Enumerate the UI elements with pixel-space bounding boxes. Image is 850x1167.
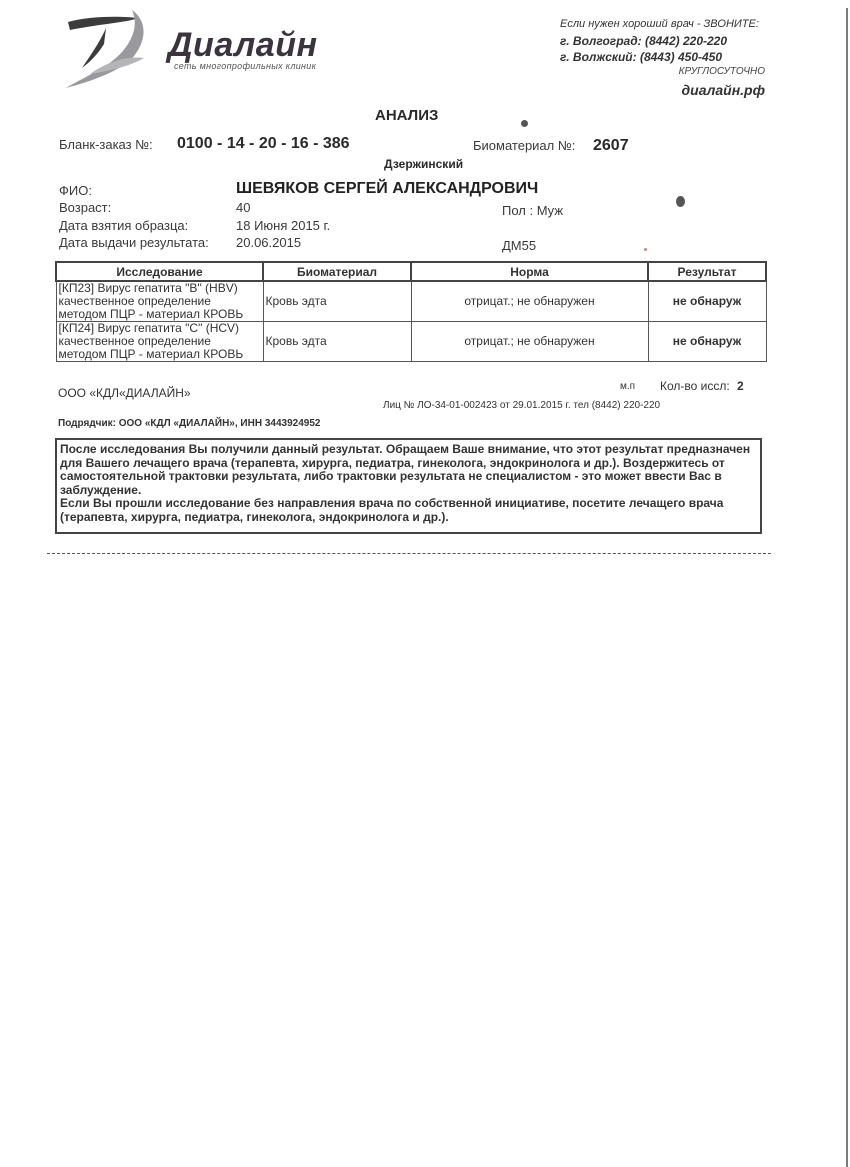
hours-label: КРУГЛОСУТОЧНО: [560, 66, 765, 82]
age-label: Возраст:: [59, 200, 111, 215]
contact-intro: Если нужен хороший врач - ЗВОНИТЕ:: [560, 18, 765, 34]
table-header-row: Исследование Биоматериал Норма Результат: [56, 262, 766, 281]
column-header-norm: Норма: [411, 262, 648, 281]
test-biomaterial: Кровь эдта: [263, 322, 411, 362]
table-row: [КП23] Вирус гепатита "В" (HBV) качестве…: [56, 281, 766, 322]
stamp-mark: м.п: [620, 381, 635, 392]
branch-name: Дзержинский: [384, 157, 463, 171]
sample-date-label: Дата взятия образца:: [59, 218, 188, 233]
test-biomaterial: Кровь эдта: [263, 281, 411, 322]
notice-paragraph-2: Если Вы прошли исследование без направле…: [60, 497, 757, 524]
sample-date-value: 18 Июня 2015 г.: [236, 218, 330, 233]
scan-speck: [676, 196, 685, 207]
order-number: 0100 - 14 - 20 - 16 - 386: [177, 135, 350, 153]
sex-value: Пол : Муж: [502, 203, 563, 218]
column-header-test: Исследование: [56, 262, 263, 281]
patient-code: ДМ55: [502, 238, 536, 253]
dialine-logo-icon: [60, 8, 150, 88]
company-name: ООО «КДЛ«ДИАЛАЙН»: [58, 386, 191, 400]
logo-wordmark: Диалайн: [168, 26, 318, 65]
website-label: диалайн.рф: [560, 82, 765, 98]
test-norm: отрицат.; не обнаружен: [411, 322, 648, 362]
test-result: не обнаруж: [648, 322, 766, 362]
table-row: [КП24] Вирус гепатита "С" (HCV) качестве…: [56, 322, 766, 362]
license-info: Лиц № ЛО-34-01-002423 от 29.01.2015 г. т…: [383, 400, 660, 411]
results-table: Исследование Биоматериал Норма Результат…: [55, 261, 767, 362]
order-label: Бланк-заказ №:: [59, 137, 153, 152]
test-result: не обнаруж: [648, 281, 766, 322]
scan-page-edge: [846, 8, 848, 1167]
contact-block: Если нужен хороший врач - ЗВОНИТЕ: г. Во…: [560, 18, 765, 98]
test-norm: отрицат.; не обнаружен: [411, 281, 648, 322]
patient-name: ШЕВЯКОВ СЕРГЕЙ АЛЕКСАНДРОВИЧ: [236, 180, 538, 198]
phone-volzhsky: г. Волжский: (8443) 450-450: [560, 50, 765, 66]
result-date-label: Дата выдачи результата:: [59, 235, 209, 250]
scan-speck: [521, 120, 528, 127]
notice-paragraph-1: После исследования Вы получили данный ре…: [60, 443, 757, 497]
phone-volgograd: г. Волгоград: (8442) 220-220: [560, 34, 765, 50]
biomaterial-number: 2607: [593, 137, 629, 155]
cut-line-divider: [47, 553, 771, 554]
test-name: [КП23] Вирус гепатита "В" (HBV) качестве…: [56, 281, 263, 322]
result-date-value: 20.06.2015: [236, 235, 301, 250]
contractor-info: Подрядчик: ООО «КДЛ «ДИАЛАЙН», ИНН 34439…: [58, 418, 320, 429]
fio-label: ФИО:: [59, 183, 92, 198]
count-value: 2: [737, 379, 744, 393]
column-header-biomaterial: Биоматериал: [263, 262, 411, 281]
notice-box: После исследования Вы получили данный ре…: [55, 438, 762, 534]
test-name: [КП24] Вирус гепатита "С" (HCV) качестве…: [56, 322, 263, 362]
document-title: АНАЛИЗ: [375, 107, 438, 124]
column-header-result: Результат: [648, 262, 766, 281]
logo-tagline: сеть многопрофильных клиник: [174, 61, 316, 71]
scan-speck: [644, 248, 647, 251]
age-value: 40: [236, 200, 250, 215]
count-label: Кол-во иссл:: [660, 379, 730, 393]
biomaterial-label: Биоматериал №:: [473, 138, 575, 153]
